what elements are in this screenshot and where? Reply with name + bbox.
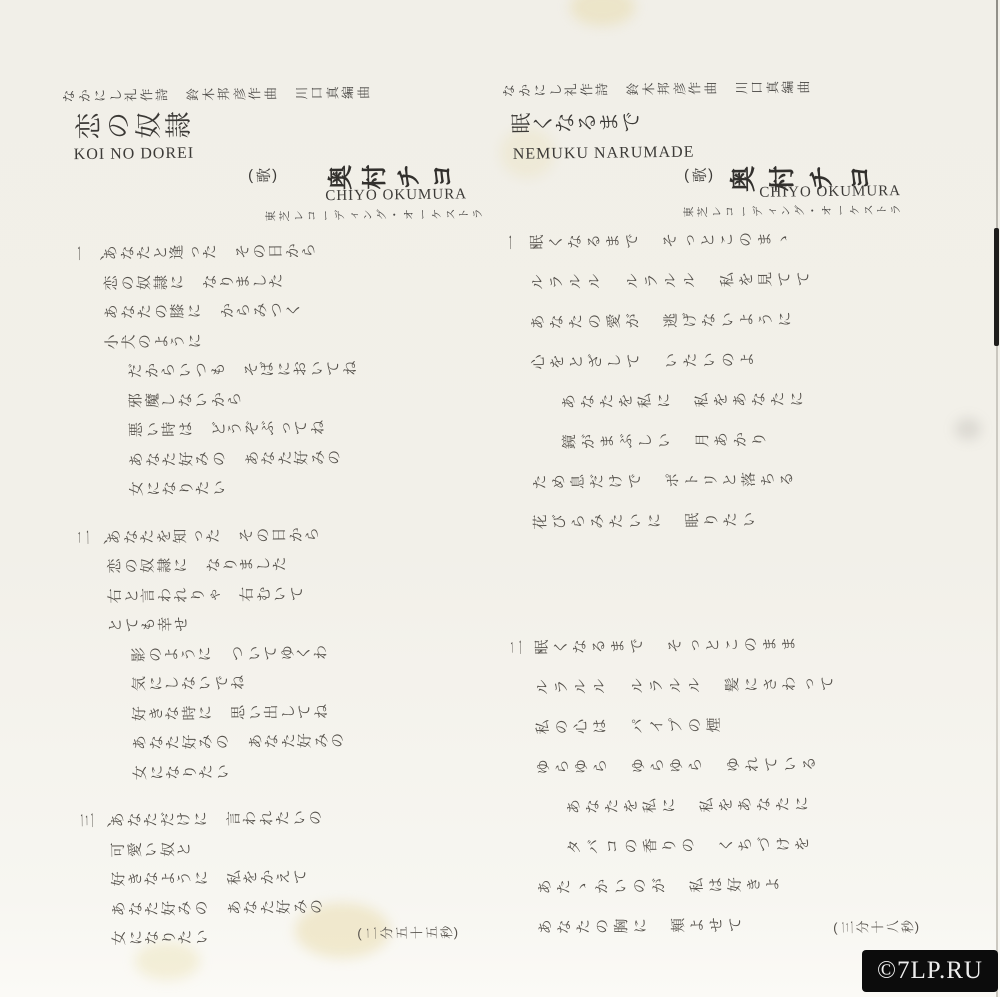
lyrics: 一、眠くなるまで そっとこのまゝルラルル ルラルル 私を見ててあなたの愛が 逃げ… bbox=[502, 226, 840, 955]
lyric-text: ため息だけで ポトリと落ちる bbox=[530, 469, 796, 489]
song-title: 眠くなるまで bbox=[509, 106, 641, 138]
lyric-text: 眠くなるまで そっとこのまゝ bbox=[527, 229, 793, 249]
lyric-text: 影のように ついてゆくわ bbox=[130, 644, 328, 663]
lyric-line: 三、あなただけに 言われたいの bbox=[79, 806, 364, 839]
lyric-text: あなたの胸に 頬よせて bbox=[535, 915, 744, 935]
lyric-text: あなたを知った その日から bbox=[105, 526, 320, 546]
lyric-line: 好きなように 私をかえて bbox=[79, 865, 364, 898]
verse-number: 二、 bbox=[75, 525, 105, 546]
verse-number: 一、 bbox=[502, 230, 527, 251]
lyric-line: ため息だけで ポトリと落ちる bbox=[505, 466, 835, 510]
lyric-line: あなたの胸に 頬よせて bbox=[510, 911, 840, 955]
scan-edge-line bbox=[996, 0, 998, 997]
lyric-text: 女になりたい bbox=[110, 929, 209, 947]
verse: 二、あなたを知った その日から恋の奴隷に なりました右と言われりゃ 右むいてとて… bbox=[75, 522, 362, 791]
artist-name-romaji: CHIYO OKUMURA bbox=[325, 186, 467, 205]
lyric-text: あなた好みの あなた好みの bbox=[131, 732, 346, 752]
lyric-line: 女になりたい bbox=[75, 475, 360, 508]
verse: 二、眠くなるまで そっとこのままルラルル ルラルル 髪にさわって私の心は パイプ… bbox=[507, 631, 840, 955]
lyric-line: あたゝかいのが 私は好きよ bbox=[510, 871, 840, 915]
lyric-text: あなた好みの あなた好みの bbox=[127, 448, 342, 468]
lyric-sheet-scan: { "watermark": { "label": "©7LP.RU" }, "… bbox=[0, 0, 1000, 997]
lyric-text: あなたの愛が 逃げないように bbox=[528, 309, 794, 329]
song-column-left: なかにし礼作詩 鈴木邦彦作曲 川口真編曲 恋の奴隷 KOI NO DOREI (… bbox=[0, 0, 994, 6]
lyric-text: 小犬のように bbox=[103, 332, 202, 350]
lyric-text: あなただけに 言われたいの bbox=[109, 809, 324, 829]
orchestra-credit: 東芝レコーディング・オーケストラ bbox=[263, 204, 484, 223]
scanned-page: なかにし礼作詩 鈴木邦彦作曲 川口真編曲 恋の奴隷 KOI NO DOREI (… bbox=[0, 0, 1000, 997]
artist-name-romaji: CHIYO OKUMURA bbox=[759, 183, 901, 202]
lyric-line: だからいつも そばにおいてね bbox=[73, 357, 358, 390]
lyric-text: とても幸せ bbox=[106, 616, 189, 634]
lyric-text: 女になりたい bbox=[128, 479, 227, 497]
verse: 一、眠くなるまで そっとこのまゝルラルル ルラルル 私を見ててあなたの愛が 逃げ… bbox=[502, 226, 835, 550]
lyric-text: 悪い時は どうぞぶってね bbox=[127, 419, 325, 438]
song-title-romaji: NEMUKU NARUMADE bbox=[513, 144, 695, 164]
verse: 三、あなただけに 言われたいの可愛い奴と好きなように 私をかえてあなた好みの あ… bbox=[79, 806, 365, 957]
lyric-line: 二、眠くなるまで そっとこのまま bbox=[507, 631, 837, 675]
lyric-text: あなたの膝に からみつく bbox=[103, 301, 301, 320]
artist-name: 奥村チヨ bbox=[322, 153, 458, 191]
lyric-line: あなた好みの あなた好みの bbox=[74, 445, 359, 478]
vocal-label: (歌) bbox=[248, 164, 279, 185]
lyric-line: あなた好みの あなた好みの bbox=[80, 894, 365, 927]
lyric-text: タバコの香りの くちづけを bbox=[564, 834, 811, 854]
lyric-text: ルラルル ルラルル 髪にさわって bbox=[532, 674, 836, 695]
lyric-line: あなた好みの あなた好みの bbox=[78, 729, 363, 762]
lyric-line: 女になりたい bbox=[80, 924, 365, 957]
duration: (二分五十五秒) bbox=[357, 922, 460, 942]
lyric-text: 眠くなるまで そっとこのまま bbox=[532, 634, 798, 654]
credits-line: なかにし礼作詩 鈴木邦彦作曲 川口真編曲 bbox=[60, 82, 371, 105]
lyric-text: あなたを私に 私をあなたに bbox=[559, 389, 806, 409]
lyric-text: だからいつも そばにおいてね bbox=[126, 360, 357, 380]
lyric-line: 二、あなたを知った その日から bbox=[75, 522, 360, 555]
lyric-line: 気にしないでね bbox=[77, 670, 362, 703]
lyric-line: あなたを私に 私をあなたに bbox=[504, 386, 834, 430]
vocal-label: (歌) bbox=[684, 163, 715, 184]
lyric-line: 一、あなたと逢った その日から bbox=[72, 239, 357, 272]
lyric-line: 花びらみたいに 眠りたい bbox=[505, 506, 835, 550]
lyric-text: 心をとざして いたいのよ bbox=[528, 350, 756, 370]
lyric-line: 一、眠くなるまで そっとこのまゝ bbox=[502, 226, 832, 270]
verse-number: 一、 bbox=[72, 242, 102, 263]
lyric-text: 花びらみたいに 眠りたい bbox=[530, 510, 758, 530]
song-title: 恋の奴隷 bbox=[71, 104, 191, 144]
song-title-romaji: KOI NO DOREI bbox=[74, 145, 195, 164]
orchestra-credit: 東芝レコーディング・オーケストラ bbox=[681, 200, 902, 219]
lyric-line: あなたの膝に からみつく bbox=[73, 298, 358, 331]
lyric-text: 恋の奴隷に なりました bbox=[106, 556, 288, 575]
lyric-line: あなたを私に 私をあなたに bbox=[509, 791, 839, 835]
lyric-line: ルラルル ルラルル 髪にさわって bbox=[507, 671, 837, 715]
verse-number: 二、 bbox=[507, 635, 532, 656]
lyric-line: 可愛い奴と bbox=[79, 835, 364, 868]
lyric-line: 鏡がまぶしい 月あかり bbox=[504, 426, 834, 470]
lyric-line: ゆらゆら ゆらゆら ゆれている bbox=[508, 751, 838, 795]
lyric-line: 影のように ついてゆくわ bbox=[77, 640, 362, 673]
watermark-badge: ©7LP.RU bbox=[862, 950, 998, 992]
lyric-text: 好きな時に 思い出してね bbox=[130, 703, 328, 722]
lyric-line: 好きな時に 思い出してね bbox=[77, 699, 362, 732]
lyric-text: 右と言われりゃ 右むいて bbox=[106, 585, 304, 604]
lyric-line: 私の心は パイプの煙 bbox=[508, 711, 838, 755]
verse: 一、あなたと逢った その日から恋の奴隷に なりましたあなたの膝に からみつく小犬… bbox=[72, 239, 359, 508]
lyric-text: あなたと逢った その日から bbox=[102, 242, 317, 262]
duration: (三分十八秒) bbox=[833, 916, 921, 936]
lyric-text: あなたを私に 私をあなたに bbox=[564, 794, 811, 814]
lyric-line: 小犬のように bbox=[73, 327, 358, 360]
lyric-text: 私の心は パイプの煙 bbox=[533, 715, 723, 734]
watermark-text: ©7LP.RU bbox=[877, 957, 983, 985]
lyric-text: 邪魔しないから bbox=[127, 391, 243, 409]
lyric-text: あなた好みの あなた好みの bbox=[110, 898, 325, 918]
lyric-text: 気にしないでね bbox=[130, 674, 246, 692]
lyric-text: 可愛い奴と bbox=[109, 840, 192, 858]
lyric-text: あたゝかいのが 私は好きよ bbox=[535, 875, 782, 895]
lyric-text: 女になりたい bbox=[131, 763, 230, 781]
scan-edge-artifact bbox=[994, 228, 999, 346]
lyric-line: タバコの香りの くちづけを bbox=[509, 831, 839, 875]
lyrics: 一、あなたと逢った その日から恋の奴隷に なりましたあなたの膝に からみつく小犬… bbox=[72, 239, 365, 957]
lyric-text: 鏡がまぶしい 月あかり bbox=[559, 430, 768, 450]
credits-line: なかにし礼作詩 鈴木邦彦作曲 川口真編曲 bbox=[500, 76, 811, 99]
lyric-line: 右と言われりゃ 右むいて bbox=[76, 581, 361, 614]
song-column-right: なかにし礼作詩 鈴木邦彦作曲 川口真編曲 眠くなるまで NEMUKU NARUM… bbox=[0, 0, 994, 6]
lyric-line: 恋の奴隷に なりました bbox=[76, 552, 361, 585]
lyric-text: 恋の奴隷に なりました bbox=[102, 272, 284, 291]
lyric-text: ゆらゆら ゆらゆら ゆれている bbox=[533, 754, 818, 774]
lyric-line: ルラルル ルラルル 私を見てて bbox=[502, 266, 832, 310]
lyric-line: あなたの愛が 逃げないように bbox=[503, 306, 833, 350]
lyric-line: 邪魔しないから bbox=[74, 386, 359, 419]
lyric-line: 悪い時は どうぞぶってね bbox=[74, 416, 359, 449]
lyric-line: 女になりたい bbox=[78, 758, 363, 791]
verse-number: 三、 bbox=[79, 809, 109, 830]
lyric-line: 恋の奴隷に なりました bbox=[72, 268, 357, 301]
lyric-text: 好きなように 私をかえて bbox=[110, 868, 308, 887]
lyric-line: とても幸せ bbox=[76, 611, 361, 644]
lyric-text: ルラルル ルラルル 私を見てて bbox=[527, 269, 812, 289]
lyric-line: 心をとざして いたいのよ bbox=[503, 346, 833, 390]
